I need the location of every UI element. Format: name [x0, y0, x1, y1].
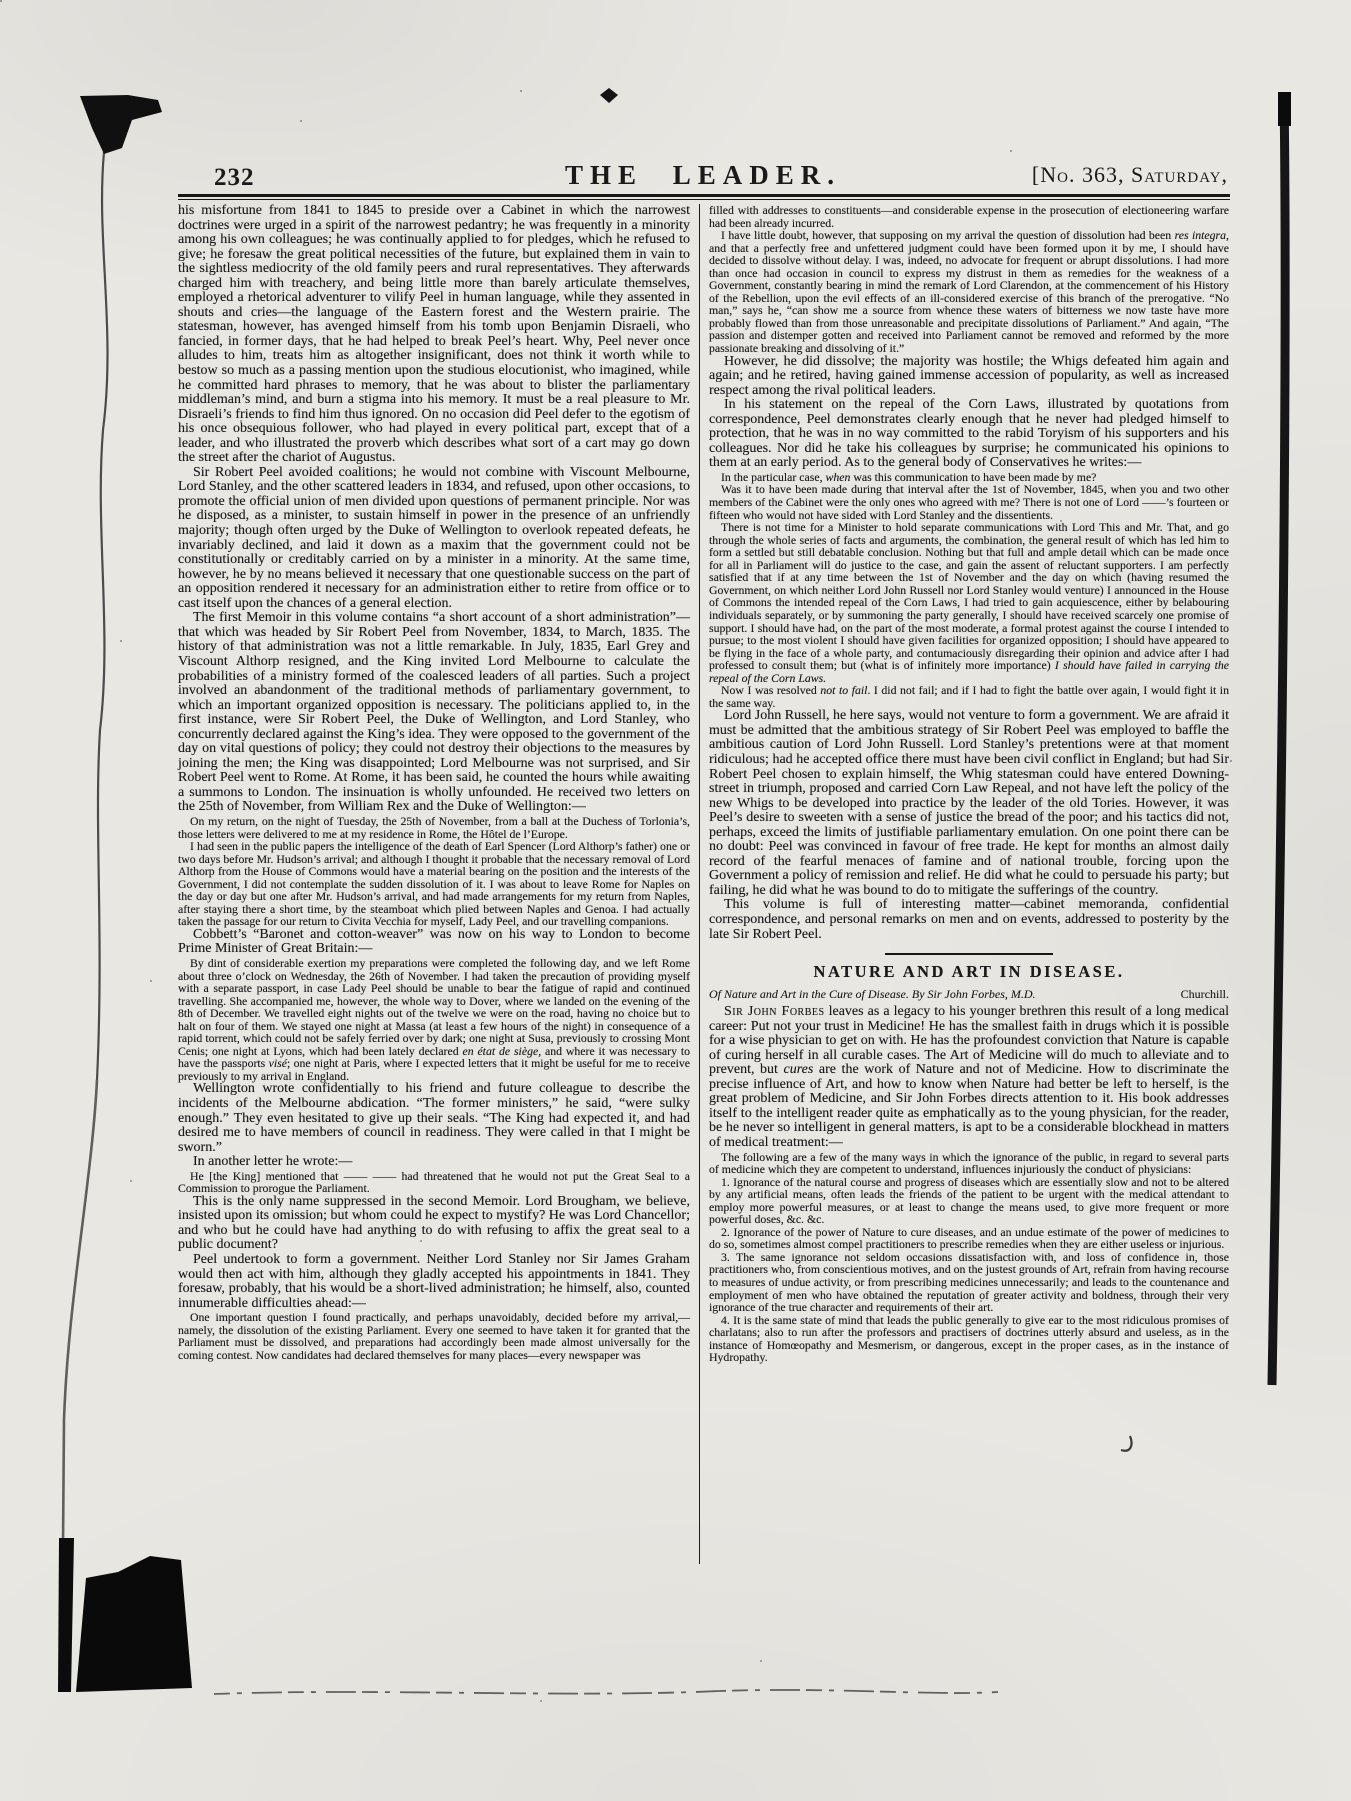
- article-paragraph: Peel undertook to form a government. Nei…: [178, 1253, 690, 1311]
- article-paragraph: This is the only name suppressed in the …: [178, 1195, 690, 1253]
- section-divider-rule: [885, 953, 1053, 955]
- quoted-extract: I had seen in the public papers the inte…: [178, 840, 690, 928]
- article-paragraph: his misfortune from 1841 to 1845 to pres…: [178, 204, 690, 466]
- quoted-extract: By dint of considerable exertion my prep…: [178, 957, 690, 1082]
- article-nature-and-art: NATURE AND ART IN DISEASE. Of Nature and…: [709, 953, 1229, 1364]
- article-paragraph: The first Memoir in this volume contains…: [178, 611, 690, 815]
- article-paragraph: Lord John Russell, he here says, would n…: [709, 709, 1229, 898]
- byline-work-and-author: Of Nature and Art in the Cure of Disease…: [709, 987, 1036, 1002]
- article-body: Sir John Forbes leaves as a legacy to hi…: [709, 1005, 1229, 1364]
- page-edge-shadow-right: [1272, 94, 1285, 1385]
- scratch-line-left-margin-lower: [63, 1080, 97, 1545]
- page-edge-shadow-right-top: [1278, 92, 1291, 126]
- right-column: filled with addresses to constituents—an…: [709, 204, 1229, 1564]
- quoted-extract: 1. Ignorance of the natural course and p…: [709, 1176, 1229, 1226]
- ink-blob-bottom-left: [76, 1556, 192, 1692]
- header-rule: [178, 194, 1230, 197]
- quoted-extract: One important question I found practical…: [178, 1311, 690, 1361]
- paper-speckle-noise: [0, 0, 2, 2]
- byline-publisher: Churchill.: [1181, 987, 1229, 1002]
- column-divider-rule: [699, 204, 700, 1564]
- newspaper-page: 232 THE LEADER. [No. 363, Saturday, his …: [0, 0, 1351, 1801]
- article-paragraph: Sir John Forbes leaves as a legacy to hi…: [709, 1005, 1229, 1150]
- diamond-mark-top: [600, 88, 618, 103]
- article-byline: Of Nature and Art in the Cure of Disease…: [709, 987, 1229, 1002]
- article-paragraph: Sir Robert Peel avoided coalitions; he w…: [178, 466, 690, 611]
- scratch-line-bottom: [214, 1690, 998, 1694]
- quoted-extract: filled with addresses to constituents—an…: [709, 204, 1229, 229]
- quoted-extract: He [the King] mentioned that —— —— had t…: [178, 1170, 690, 1195]
- article-paragraph: This volume is full of interesting matte…: [709, 898, 1229, 942]
- quoted-extract: 3. The same ignorance not seldom occasio…: [709, 1251, 1229, 1314]
- article-paragraph: Wellington wrote confidentially to his f…: [178, 1082, 690, 1155]
- peel-memoirs-review-continuation: filled with addresses to constituents—an…: [709, 204, 1229, 942]
- quoted-extract: Now I was resolved not to fail. I did no…: [709, 684, 1229, 709]
- page-header: 232 THE LEADER. [No. 363, Saturday,: [178, 158, 1228, 192]
- quoted-extract: On my return, on the night of Tuesday, t…: [178, 815, 690, 840]
- issue-info: [No. 363, Saturday,: [1032, 162, 1228, 188]
- quoted-extract: The following are a few of the many ways…: [709, 1151, 1229, 1176]
- quoted-extract: There is not time for a Minister to hold…: [709, 521, 1229, 684]
- scratch-line-left-margin: [97, 152, 108, 1080]
- quoted-extract: 4. It is the same state of mind that lea…: [709, 1314, 1229, 1364]
- left-column: his misfortune from 1841 to 1845 to pres…: [178, 204, 690, 1564]
- left-edge-strip: [58, 1538, 74, 1692]
- article-title: NATURE AND ART IN DISEASE.: [709, 962, 1229, 982]
- article-paragraph: Cobbett’s “Baronet and cotton-weaver” wa…: [178, 928, 690, 957]
- article-paragraph: In another letter he wrote:—: [178, 1155, 690, 1170]
- ink-blob-top-left: [80, 95, 162, 154]
- quoted-extract: Was it to have been made during that int…: [709, 483, 1229, 521]
- article-paragraph: In his statement on the repeal of the Co…: [709, 398, 1229, 471]
- quoted-extract: I have little doubt, however, that suppo…: [709, 229, 1229, 354]
- quoted-extract: 2. Ignorance of the power of Nature to c…: [709, 1226, 1229, 1251]
- text-columns: his misfortune from 1841 to 1845 to pres…: [178, 204, 1230, 1564]
- article-paragraph: However, he did dissolve; the majority w…: [709, 355, 1229, 399]
